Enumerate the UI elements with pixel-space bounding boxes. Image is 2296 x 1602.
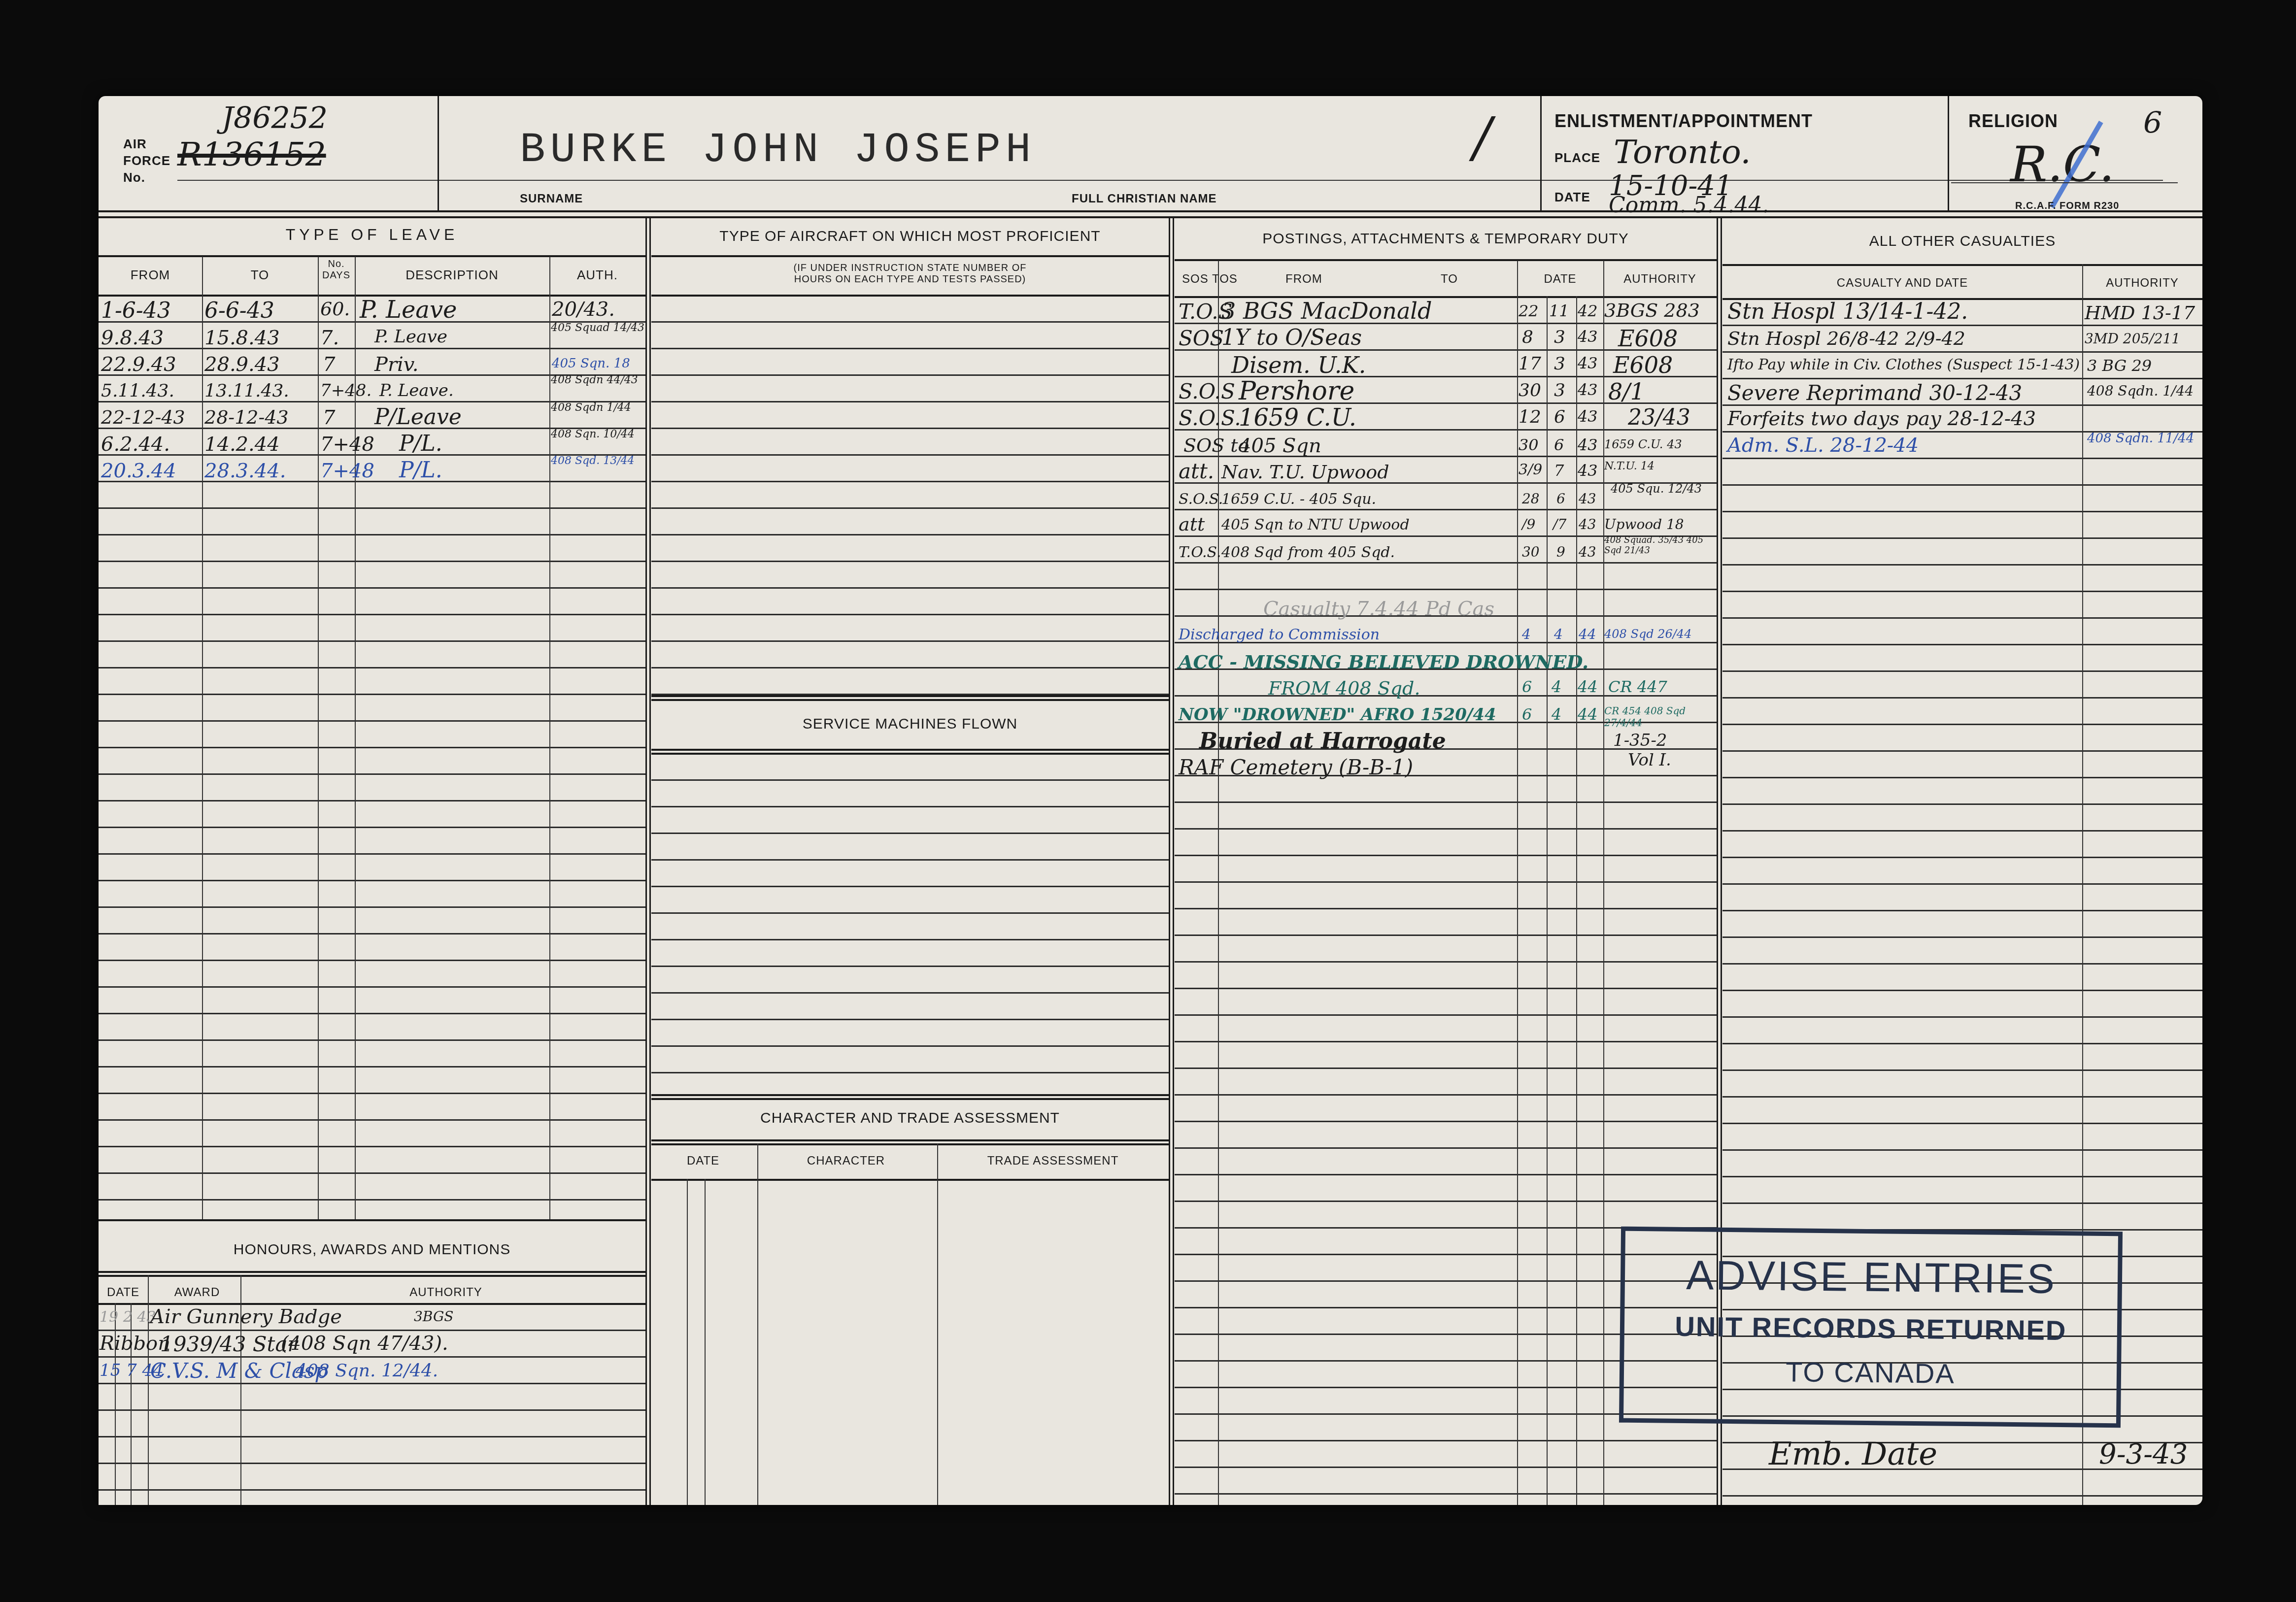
posting-row: T.O.S 3 BGS MacDonald 22 11 42 3BGS 283	[1175, 300, 1717, 326]
posting-day: /9	[1522, 516, 1535, 533]
aircraft-ruled-lines	[651, 296, 1169, 700]
date-label: DATE	[1554, 190, 1590, 205]
service-machines-title: SERVICE MACHINES FLOWN	[651, 716, 1169, 733]
leave-col-from: FROM	[99, 267, 202, 283]
posting-row: Disem. U.K. 17 3 43 E608	[1175, 353, 1717, 379]
leave-desc: P. Leave.	[379, 381, 454, 400]
casualty-authority: 3 BG 29	[2087, 356, 2152, 375]
posting-later-row: ACC - MISSING BELIEVED DROWNED.	[1175, 649, 1717, 675]
leave-row: 5.11.43. 13.11.43. 7+48. P. Leave. 408 S…	[99, 378, 645, 404]
posting-type: att.	[1179, 459, 1214, 483]
leave-from: 1-6-43	[101, 298, 171, 323]
column-divider-1b	[649, 218, 651, 1505]
religion-mark: 6	[2143, 106, 2162, 140]
posting-type: S.O.S	[1179, 379, 1235, 403]
leave-days: 7	[323, 406, 335, 429]
casualties-col-authority: AUTHORITY	[2082, 276, 2202, 290]
leave-auth: 408 Sqdn 1/44	[551, 401, 644, 414]
leave-days: 7+48	[320, 433, 374, 456]
posting-day: 30	[1519, 380, 1541, 400]
casualties-col-casualty: CASUALTY AND DATE	[1722, 276, 2082, 290]
christian-name-label: FULL CHRISTIAN NAME	[1072, 192, 1217, 206]
posting-authority: 8/1	[1608, 378, 1645, 405]
leave-from: 9.8.43	[101, 327, 164, 349]
posting-type: S.O.S.	[1179, 491, 1223, 508]
posting-row: T.O.S. 408 Sqd from 405 Sqd. 30 9 43 408…	[1175, 539, 1717, 566]
embarkation-date-value: 9-3-43	[2099, 1438, 2188, 1470]
posting-authority: 405 Squ. 12/43	[1611, 482, 1709, 496]
posting-year: 43	[1578, 354, 1598, 372]
leave-row: 1-6-43 6-6-43 60. P. Leave 20/43.	[99, 298, 645, 325]
posting-text: RAF Cemetery (B-B-1)	[1179, 755, 1413, 779]
casualty-authority: 3MD 205/211	[2085, 331, 2180, 347]
posting-text: FROM 408 Sqd.	[1268, 677, 1420, 699]
posting-month: 4	[1554, 626, 1563, 642]
leave-col-description: DESCRIPTION	[355, 267, 549, 283]
posting-text: 1659 C.U.	[1239, 404, 1356, 432]
casualty-row: Stn Hospl 13/14-1-42. HMD 13-17	[1722, 301, 2202, 328]
posting-year: 44	[1578, 705, 1598, 724]
service-record-card: AIRFORCENo. J86252 R136152 BURKE JOHN JO…	[99, 96, 2202, 1505]
posting-text: ACC - MISSING BELIEVED DROWNED.	[1179, 651, 1588, 673]
posting-year: 43	[1578, 461, 1598, 480]
casualty-authority: 408 Sqdn. 11/44	[2087, 431, 2200, 446]
posting-authority: 1-35-2	[1613, 731, 1667, 750]
surname-label: SURNAME	[520, 192, 583, 206]
leave-col-auth: AUTH.	[549, 267, 645, 283]
posting-authority: 1659 C.U. 43	[1604, 437, 1682, 451]
posting-year: 44	[1579, 626, 1596, 642]
posting-type: SOS	[1179, 326, 1224, 350]
posting-text: 408 Sqd from 405 Sqd.	[1221, 544, 1395, 561]
posting-row: SOS 1Y to O/Seas 8 3 43 E608	[1175, 326, 1717, 353]
leave-col-to: TO	[202, 267, 318, 283]
posting-row: SOS to 405 Sqn 30 6 43 1659 C.U. 43	[1175, 433, 1717, 459]
place-label: PLACE	[1554, 150, 1600, 166]
posting-month: 4	[1552, 705, 1561, 724]
leave-to: 28-12-43	[204, 406, 289, 428]
postings-col-sos-tos: SOS TOS	[1182, 272, 1238, 286]
stamp-line-1: ADVISE ENTRIES	[1625, 1251, 2118, 1303]
casualty-authority: 408 Sqdn. 1/44	[2087, 383, 2200, 399]
posting-authority: E608	[1613, 352, 1673, 378]
casualty-text: Severe Reprimand 30-12-43	[1727, 381, 2022, 405]
leave-auth: 405 Sqn. 18	[552, 356, 630, 371]
posting-day: 28	[1522, 491, 1540, 507]
casualties-title: ALL OTHER CASUALTIES	[1722, 233, 2202, 250]
honours-title: HONOURS, AWARDS AND MENTIONS	[99, 1241, 645, 1258]
posting-month: 3	[1554, 354, 1565, 374]
leave-row: 20.3.44 28.3.44. 7+48 P/L. 408 Sqd. 13/4…	[99, 458, 645, 484]
religion-label: RELIGION	[1968, 111, 2058, 132]
posting-month: 7	[1554, 461, 1564, 480]
member-name: BURKE JOHN JOSEPH	[520, 126, 1036, 174]
posting-text: Buried at Harrogate	[1199, 729, 1446, 754]
posting-later-row: Discharged to Commission 4 4 44 408 Sqd …	[1175, 622, 1717, 649]
religion-underline	[1951, 182, 2178, 183]
posting-year: 44	[1578, 677, 1598, 696]
posting-month: 11	[1549, 301, 1569, 320]
posting-later-row: RAF Cemetery (B-B-1) Vol I.	[1175, 755, 1717, 782]
leave-to: 6-6-43	[204, 298, 274, 323]
leave-from: 22.9.43	[101, 353, 176, 376]
air-force-no-old-struck: R136152	[177, 135, 326, 173]
leave-row: 22-12-43 28-12-43 7 P/Leave 408 Sqdn 1/4…	[99, 404, 645, 431]
casualty-row: Stn Hospl 26/8-42 2/9-42 3MD 205/211	[1722, 328, 2202, 354]
posting-text: 1659 C.U. - 405 Squ.	[1221, 491, 1376, 508]
character-col-character: CHARACTER	[755, 1154, 937, 1168]
leave-to: 13.11.43.	[204, 381, 289, 401]
posting-text: 405 Sqn	[1239, 434, 1321, 457]
posting-day: 6	[1522, 705, 1532, 724]
posting-authority: CR 454 408 Sqd 27/4/44	[1604, 705, 1715, 729]
posting-row: S.O.S Pershore 30 3 43 8/1	[1175, 379, 1717, 406]
stamp-line-3: TO CANADA	[1624, 1354, 2117, 1391]
leave-auth: 408 Sqn. 10/44	[551, 428, 644, 440]
posting-day: 22	[1519, 301, 1539, 320]
honours-col-date: DATE	[99, 1286, 148, 1300]
honours-award: Air Gunnery Badge	[150, 1305, 342, 1328]
posting-year: 42	[1578, 301, 1598, 320]
posting-day: 30	[1522, 544, 1540, 560]
posting-year: 43	[1578, 327, 1598, 346]
leave-to: 28.9.43	[204, 353, 280, 376]
honours-authority: 408 Sqn. 12/44.	[296, 1361, 438, 1381]
casualty-text: Stn Hospl 26/8-42 2/9-42	[1727, 328, 1965, 349]
honours-section: HONOURS, AWARDS AND MENTIONS DATE AWARD …	[99, 1219, 645, 1505]
character-col-trade: TRADE ASSESSMENT	[937, 1154, 1169, 1168]
posting-later-row: NOW "DROWNED" AFRO 1520/44 6 4 44 CR 454…	[1175, 702, 1717, 729]
posting-month: 3	[1554, 380, 1565, 400]
postings-col-authority: AUTHORITY	[1603, 272, 1717, 286]
leave-row: 6.2.44. 14.2.44 7+48 P/L. 408 Sqn. 10/44	[99, 431, 645, 458]
leave-desc: P. Leave	[360, 296, 457, 324]
religion-divider	[1948, 96, 1949, 210]
posting-day: 17	[1519, 354, 1541, 374]
commission-date: Comm. 5.4.44.	[1609, 193, 1769, 218]
leave-days: 7.	[320, 327, 339, 349]
leave-row: 9.8.43 15.8.43 7. P. Leave 405 Squad 14/…	[99, 325, 645, 351]
honours-row: 15 7 44 C.V.S. M & Clasp 408 Sqn. 12/44.	[99, 1359, 645, 1385]
posting-year: 43	[1579, 544, 1596, 560]
posting-month: 9	[1556, 544, 1565, 560]
enlistment-divider	[1540, 96, 1542, 210]
leave-from: 20.3.44	[101, 460, 176, 482]
air-force-no-label: AIRFORCENo.	[123, 135, 170, 186]
casualty-row: Adm. S.L. 28-12-44 408 Sqdn. 11/44	[1722, 434, 2202, 461]
leave-col-days: No. DAYS	[318, 259, 355, 281]
enlistment-title: ENLISTMENT/APPOINTMENT	[1554, 111, 1813, 132]
posting-authority: E608	[1618, 325, 1678, 352]
posting-text: Disem. U.K.	[1221, 352, 1366, 378]
leave-from: 6.2.44.	[101, 433, 170, 456]
posting-text: Discharged to Commission	[1179, 626, 1380, 643]
header-divider	[438, 96, 439, 210]
posting-later-row: FROM 408 Sqd. 6 4 44 CR 447	[1175, 675, 1717, 702]
casualty-row: Ifto Pay while in Civ. Clothes (Suspect …	[1722, 354, 2202, 381]
postings-col-date: DATE	[1517, 272, 1603, 286]
posting-text: 3 BGS MacDonald	[1221, 298, 1432, 324]
posting-year: 43	[1579, 516, 1596, 533]
column-divider-2	[1169, 218, 1170, 1505]
casualty-row: Forfeits two days pay 28-12-43	[1722, 407, 2202, 434]
embarkation-date-label: Emb. Date	[1769, 1436, 1937, 1472]
leave-auth: 408 Sqd. 13/44	[551, 455, 644, 467]
leave-section: TYPE OF LEAVE FROM TO No. DAYS DESCRIPTI…	[99, 218, 645, 1277]
casualty-text: Ifto Pay while in Civ. Clothes (Suspect …	[1727, 356, 2080, 373]
posting-day: 12	[1519, 407, 1541, 427]
posting-day: 6	[1522, 677, 1532, 696]
air-force-no-new: J86252	[222, 101, 328, 135]
posting-month: 6	[1556, 491, 1565, 507]
posting-authority: 3BGS 283	[1604, 300, 1700, 321]
postings-title: POSTINGS, ATTACHMENTS & TEMPORARY DUTY	[1175, 231, 1717, 247]
posting-authority: 408 Sqd 26/44	[1604, 627, 1691, 641]
column-divider-2b	[1173, 218, 1174, 1505]
posting-year: 43	[1578, 407, 1598, 426]
casualty-text: Adm. S.L. 28-12-44	[1727, 434, 1919, 457]
posting-authority: N.T.U. 14	[1604, 460, 1654, 472]
leave-to: 14.2.44	[204, 433, 280, 456]
place-value: Toronto.	[1614, 133, 1751, 171]
leave-title: TYPE OF LEAVE	[99, 226, 645, 244]
posting-authority: CR 447	[1608, 677, 1667, 696]
posting-text: 1Y to O/Seas	[1221, 325, 1362, 350]
leave-desc: P/Leave	[374, 404, 462, 430]
honours-col-authority: AUTHORITY	[246, 1286, 645, 1300]
posting-day: 3/9	[1519, 461, 1542, 478]
character-title: CHARACTER AND TRADE ASSESSMENT	[651, 1110, 1169, 1127]
leave-from: 5.11.43.	[101, 381, 174, 401]
leave-auth: 20/43.	[552, 298, 615, 321]
posting-month: 3	[1554, 327, 1565, 347]
leave-days: 7+48.	[320, 381, 371, 400]
character-col-date: DATE	[651, 1154, 755, 1168]
leave-auth: 408 Sqdn 44/43	[551, 374, 644, 386]
posting-text: Nav. T.U. Upwood	[1221, 461, 1389, 483]
posting-faint-entry: Casualty 7.4.44 Pd Cas	[1263, 598, 1494, 620]
leave-days: 7	[323, 353, 335, 376]
posting-type: S.O.S.	[1179, 406, 1241, 430]
posting-type: att	[1179, 513, 1205, 535]
casualty-row: Severe Reprimand 30-12-43 408 Sqdn. 1/44	[1722, 381, 2202, 407]
posting-authority: 23/43	[1628, 405, 1690, 430]
honours-authority: (408 Sqn 47/43).	[281, 1332, 448, 1355]
honours-authority: 3BGS	[414, 1308, 453, 1325]
leave-days: 7+48	[320, 460, 374, 482]
posting-text: NOW "DROWNED" AFRO 1520/44	[1179, 705, 1496, 725]
advise-entries-stamp: ADVISE ENTRIES UNIT RECORDS RETURNED TO …	[1619, 1227, 2123, 1428]
leave-desc: Priv.	[374, 353, 418, 376]
posting-year: 43	[1578, 380, 1598, 399]
aircraft-subtitle-1: (IF UNDER INSTRUCTION STATE NUMBER OF	[651, 263, 1169, 274]
posting-year: 43	[1579, 491, 1596, 507]
posting-text: 405 Sqn to NTU Upwood	[1221, 516, 1410, 534]
header-bottom-rule-1	[99, 210, 2202, 212]
posting-row: S.O.S. 1659 C.U. - 405 Squ. 28 6 43 405 …	[1175, 486, 1717, 512]
honours-award: 1939/43 Star	[160, 1332, 298, 1356]
postings-col-to: TO	[1441, 272, 1458, 286]
service-machines-ruled-lines	[651, 754, 1169, 1099]
posting-month: 6	[1554, 407, 1565, 427]
column-divider-1	[645, 218, 647, 1505]
header-underline	[177, 180, 2163, 181]
posting-row: S.O.S. 1659 C.U. 12 6 43 23/43	[1175, 406, 1717, 433]
leave-to: 28.3.44.	[204, 460, 286, 482]
aircraft-subtitle-2: HOURS ON EACH TYPE AND TESTS PASSED)	[651, 274, 1169, 285]
casualty-text: Stn Hospl 13/14-1-42.	[1727, 299, 1968, 324]
honours-col-award: AWARD	[148, 1286, 246, 1300]
honours-date: 19 2 43	[100, 1308, 156, 1326]
leave-desc: P. Leave	[374, 327, 447, 347]
posting-authority: Vol I.	[1628, 750, 1671, 770]
posting-type: T.O.S.	[1179, 544, 1221, 561]
check-mark: /	[1473, 106, 1491, 169]
postings-col-from: FROM	[1285, 272, 1322, 286]
posting-year: 43	[1578, 435, 1598, 454]
leave-days: 60.	[320, 298, 350, 320]
leave-desc: P/L.	[399, 431, 442, 456]
casualty-text: Forfeits two days pay 28-12-43	[1727, 407, 2036, 430]
posting-text: Pershore	[1239, 376, 1354, 406]
stamp-line-2: UNIT RECORDS RETURNED	[1624, 1310, 2118, 1347]
leave-auth: 405 Squad 14/43	[551, 322, 644, 334]
posting-authority: Upwood 18	[1604, 516, 1684, 533]
posting-day: 30	[1519, 435, 1539, 454]
middle-column: TYPE OF AIRCRAFT ON WHICH MOST PROFICIEN…	[651, 218, 1169, 1505]
posting-authority: 408 Squad. 35/43 405 Sqd 21/43	[1604, 535, 1715, 556]
honours-row: 19 2 43 Air Gunnery Badge 3BGS	[99, 1305, 645, 1332]
posting-month: /7	[1553, 516, 1566, 533]
aircraft-title: TYPE OF AIRCRAFT ON WHICH MOST PROFICIEN…	[651, 228, 1169, 245]
posting-day: 8	[1522, 327, 1533, 347]
posting-month: 6	[1554, 435, 1564, 454]
leave-desc: P/L.	[399, 458, 442, 483]
posting-month: 4	[1552, 677, 1561, 696]
leave-to: 15.8.43	[204, 327, 280, 349]
honours-row: Ribbon 1939/43 Star (408 Sqn 47/43).	[99, 1332, 645, 1359]
leave-from: 22-12-43	[101, 406, 185, 428]
posting-day: 4	[1522, 626, 1531, 642]
casualty-authority: HMD 13-17	[2085, 302, 2195, 324]
